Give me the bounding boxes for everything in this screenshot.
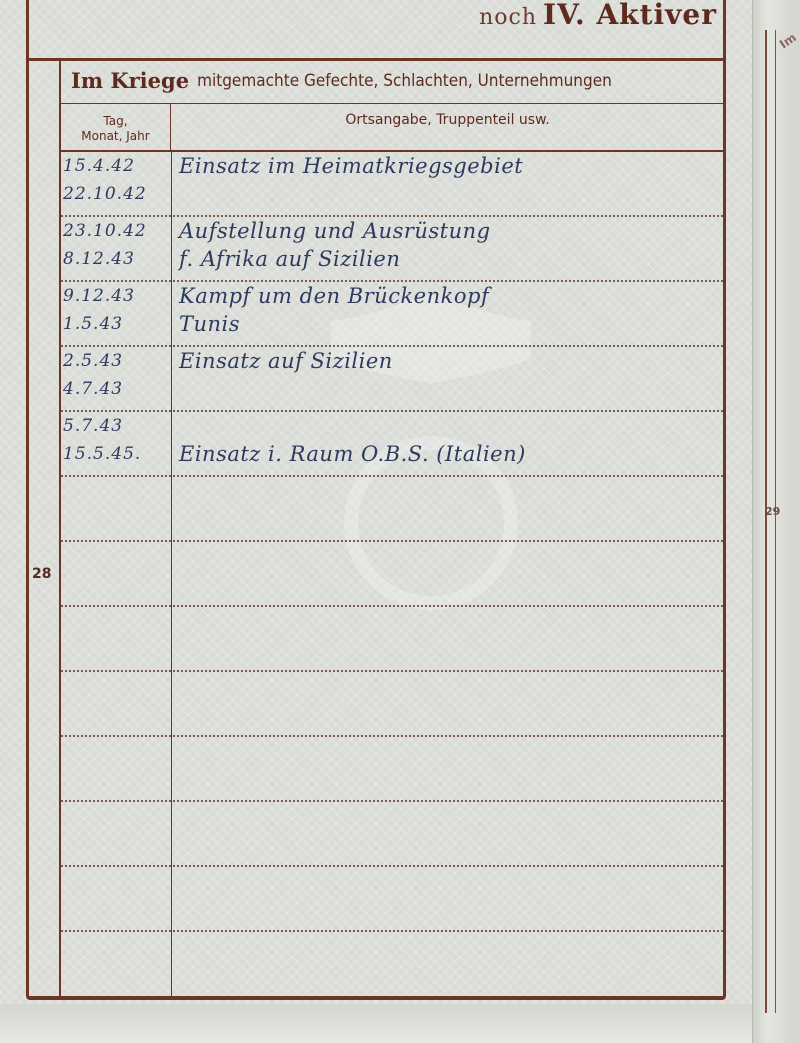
section-heading-strip: nochIV. Aktiver <box>29 0 723 61</box>
table-rows: 15.4.42 22.10.42Einsatz im Heimatkriegsg… <box>61 152 723 995</box>
table-row <box>61 607 723 672</box>
table-row: 15.4.42 22.10.42Einsatz im Heimatkriegsg… <box>61 152 723 217</box>
place-column-header: Ortsangabe, Truppenteil usw. <box>172 104 723 128</box>
row-place: Kampf um den Brückenkopf Tunis <box>179 282 715 338</box>
column-headers: Tag, Monat, Jahr Ortsangabe, Truppenteil… <box>61 104 723 152</box>
table-title-rest: mitgemachte Gefechte, Schlachten, Untern… <box>197 71 612 91</box>
table-title-bold: Im Kriege <box>71 68 189 93</box>
next-page-edge: Im 29 <box>752 0 800 1043</box>
next-page-heading-fragment: Im <box>777 30 799 51</box>
table-row <box>61 867 723 932</box>
table-row <box>61 802 723 867</box>
table-row: 5.7.43 15.5.45. Einsatz i. Raum O.B.S. (… <box>61 412 723 477</box>
table-title: Im Kriege mitgemachte Gefechte, Schlacht… <box>61 58 723 104</box>
row-dates: 23.10.42 8.12.43 <box>61 217 171 273</box>
table-row <box>61 542 723 607</box>
table-row <box>61 477 723 542</box>
row-place: Aufstellung und Ausrüstung f. Afrika auf… <box>179 217 715 273</box>
document-page: nochIV. Aktiver 28 Im Kriege mitgemachte… <box>0 0 752 1043</box>
next-page-inner-line <box>775 30 776 1013</box>
next-page-number: 29 <box>765 505 780 518</box>
section-heading-prefix: noch <box>479 5 537 30</box>
row-dates: 9.12.43 1.5.43 <box>61 282 171 338</box>
left-margin: 28 <box>29 58 61 996</box>
campaign-table: Im Kriege mitgemachte Gefechte, Schlacht… <box>61 58 723 996</box>
table-row: 23.10.42 8.12.43Aufstellung und Ausrüstu… <box>61 217 723 282</box>
row-place: Einsatz auf Sizilien <box>179 347 715 375</box>
table-row <box>61 672 723 737</box>
row-dates: 2.5.43 4.7.43 <box>61 347 171 403</box>
next-page-border <box>765 30 767 1013</box>
row-place: Einsatz i. Raum O.B.S. (Italien) <box>179 412 715 468</box>
page-bottom-edge <box>0 1004 752 1043</box>
date-column-header: Tag, Monat, Jahr <box>61 104 171 150</box>
table-row <box>61 737 723 802</box>
table-row: 9.12.43 1.5.43Kampf um den Brückenkopf T… <box>61 282 723 347</box>
page-number: 28 <box>32 566 51 582</box>
row-place: Einsatz im Heimatkriegsgebiet <box>179 152 715 180</box>
table-row: 2.5.43 4.7.43Einsatz auf Sizilien <box>61 347 723 412</box>
page-frame: nochIV. Aktiver 28 Im Kriege mitgemachte… <box>26 0 726 1000</box>
section-heading: nochIV. Aktiver <box>479 0 717 31</box>
row-dates: 15.4.42 22.10.42 <box>61 152 171 208</box>
row-dates: 5.7.43 15.5.45. <box>61 412 171 468</box>
section-heading-text: IV. Aktiver <box>543 0 717 31</box>
table-row <box>61 932 723 995</box>
